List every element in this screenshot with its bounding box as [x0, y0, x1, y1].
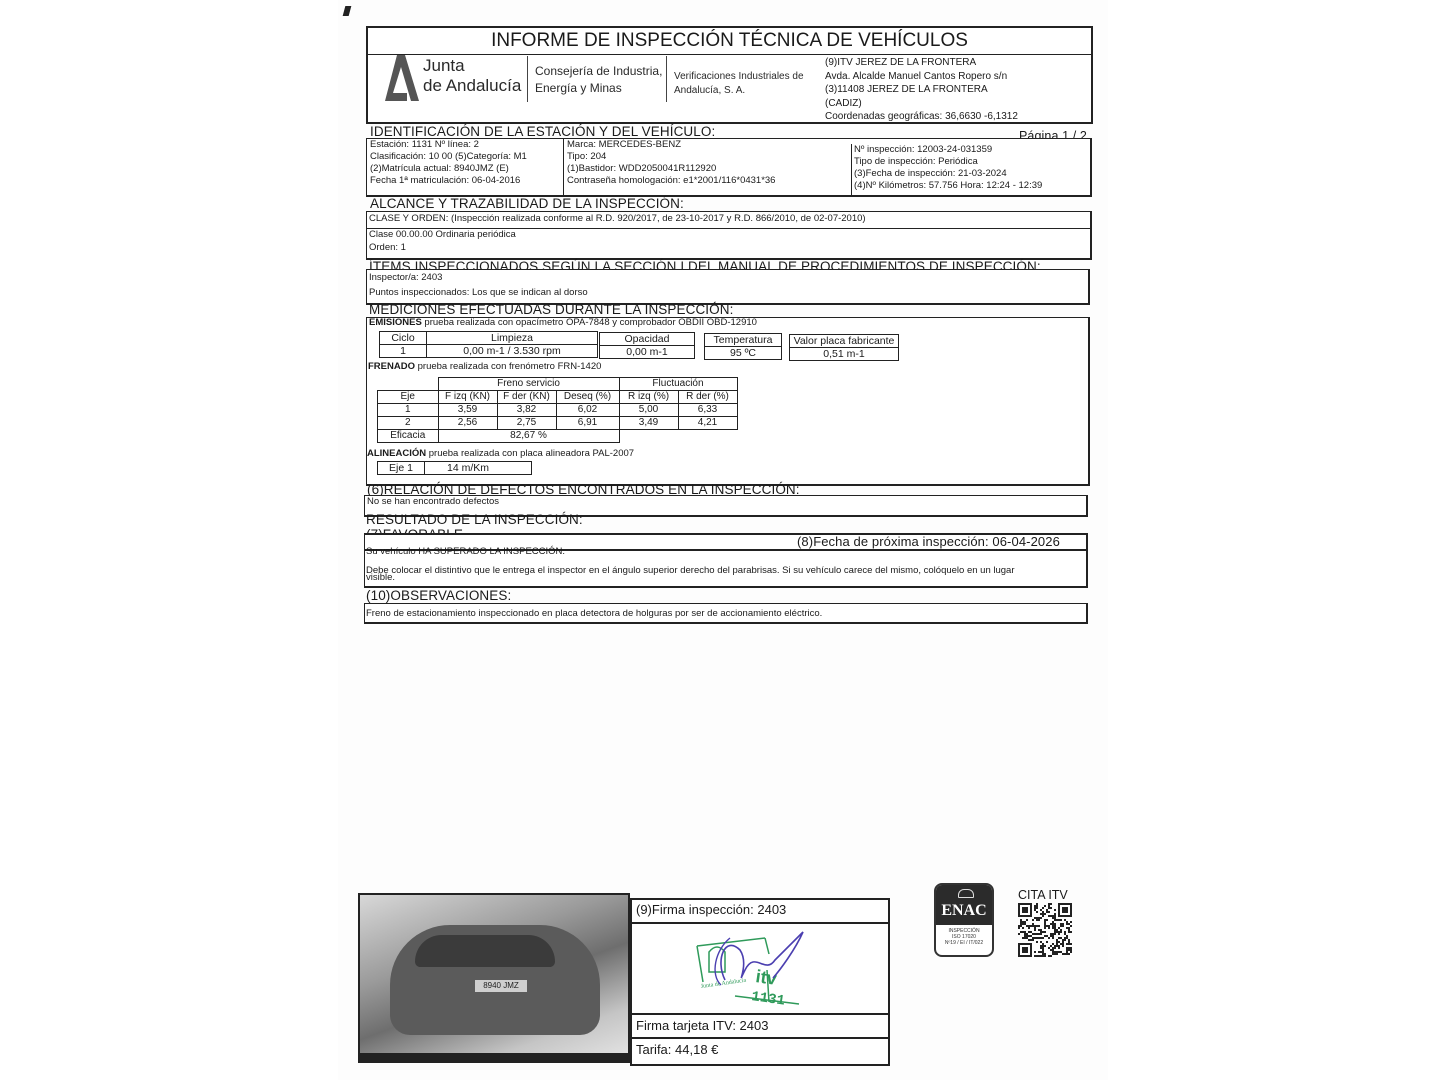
inspection-info: Nº inspección: 12003-24-031359 Tipo de i…: [854, 144, 1042, 192]
itv-stamp-icon: itv 1131 Junta de Andalucía: [695, 930, 805, 1010]
braking-table: Freno servicio Fluctuación Eje F izq (KN…: [377, 377, 738, 443]
table-row: 1 3,59 3,82 6,02 5,00 6,33: [378, 404, 738, 417]
photo-caption-bar: [360, 1053, 628, 1061]
alignment-table: Eje 1 14 m/Km: [377, 461, 532, 475]
result-instructions-cont: visible.: [366, 572, 395, 584]
department-divider: [666, 56, 667, 102]
car-rear-window: [415, 935, 555, 967]
document-title: INFORME DE INSPECCIÓN TÉCNICA DE VEHÍCUL…: [368, 30, 1091, 52]
station-address: (9)ITV JEREZ DE LA FRONTERA Avda. Alcald…: [825, 56, 1018, 124]
fee-label: Tarifa: 44,18 €: [632, 1040, 888, 1060]
department-name: Consejería de Industria, Energía y Minas: [535, 63, 662, 97]
emissions-title: EMISIONES prueba realizada con opacímetr…: [369, 317, 757, 329]
qr-code-icon[interactable]: [1018, 903, 1072, 957]
junta-andalucia-logo: Junta de Andalucía: [423, 56, 521, 96]
svg-text:Junta de Andalucía: Junta de Andalucía: [700, 978, 746, 990]
alignment-title: ALINEACIÓN prueba realizada con placa al…: [367, 448, 634, 460]
identification-heading: IDENTIFICACIÓN DE LA ESTACIÓN Y DEL VEHÍ…: [370, 124, 715, 139]
scope-heading: ALCANCE Y TRAZABILIDAD DE LA INSPECCIÓN:: [370, 196, 684, 211]
measurements-heading: MEDICIONES EFECTUADAS DURANTE LA INSPECC…: [369, 302, 733, 317]
svg-text:1131: 1131: [750, 989, 786, 1010]
vehicle-info: Marca: MERCEDES-BENZ Tipo: 204 (1)Bastid…: [567, 139, 775, 187]
logo-divider: [527, 56, 528, 102]
next-inspection-date: (8)Fecha de próxima inspección: 06-04-20…: [797, 534, 1060, 549]
observations-text: Freno de estacionamiento inspeccionado e…: [366, 608, 822, 620]
company-name: Verificaciones Industriales de Andalucía…: [674, 70, 804, 98]
defects-text: No se han encontrado defectos: [367, 496, 499, 508]
manufacturer-plate-table: Valor placa fabricante 0,51 m-1: [789, 334, 899, 361]
svg-text:itv: itv: [754, 966, 778, 989]
junta-andalucia-a-icon: [383, 55, 419, 101]
result-instructions: Debe colocar el distintivo que le entreg…: [366, 565, 1015, 577]
vehicle-photo: 8940 JMZ: [358, 893, 630, 1063]
crown-icon: [958, 889, 974, 898]
emissions-cleaning-table: CicloLimpieza 10,00 m-1 / 3.530 rpm: [379, 331, 598, 358]
braking-title: FRENADO prueba realizada con frenómetro …: [368, 361, 601, 373]
table-row: 2 2,56 2,75 6,91 3,49 4,21: [378, 417, 738, 430]
qr-title: CITA ITV: [1018, 888, 1068, 902]
enac-badge: ENAC INSPECCIÓN ISO 17020 Nº19 / EI / IT…: [934, 883, 994, 957]
result-heading: RESULTADO DE LA INSPECCIÓN:: [366, 512, 583, 527]
inspection-signature-label: (9)Firma inspección: 2403: [632, 900, 888, 920]
station-info: Estación: 1131 Nº línea: 2 Clasificación…: [370, 139, 527, 187]
opacity-table: Opacidad 0,00 m-1: [599, 332, 695, 359]
card-signature-label: Firma tarjeta ITV: 2403: [632, 1016, 888, 1036]
items-text: Inspector/a: 2403 Puntos inspeccionados:…: [369, 270, 588, 300]
observations-heading: (10)OBSERVACIONES:: [366, 588, 511, 603]
scope-text: CLASE Y ORDEN: (Inspección realizada con…: [369, 213, 866, 255]
license-plate: 8940 JMZ: [475, 980, 527, 992]
efficiency-row: Eficacia 82,67 %: [378, 430, 738, 443]
result-passed-text: Su vehículo HA SUPERADO LA INSPECCIÓN.: [366, 546, 565, 558]
temperature-table: Temperatura 95 ºC: [704, 333, 782, 360]
